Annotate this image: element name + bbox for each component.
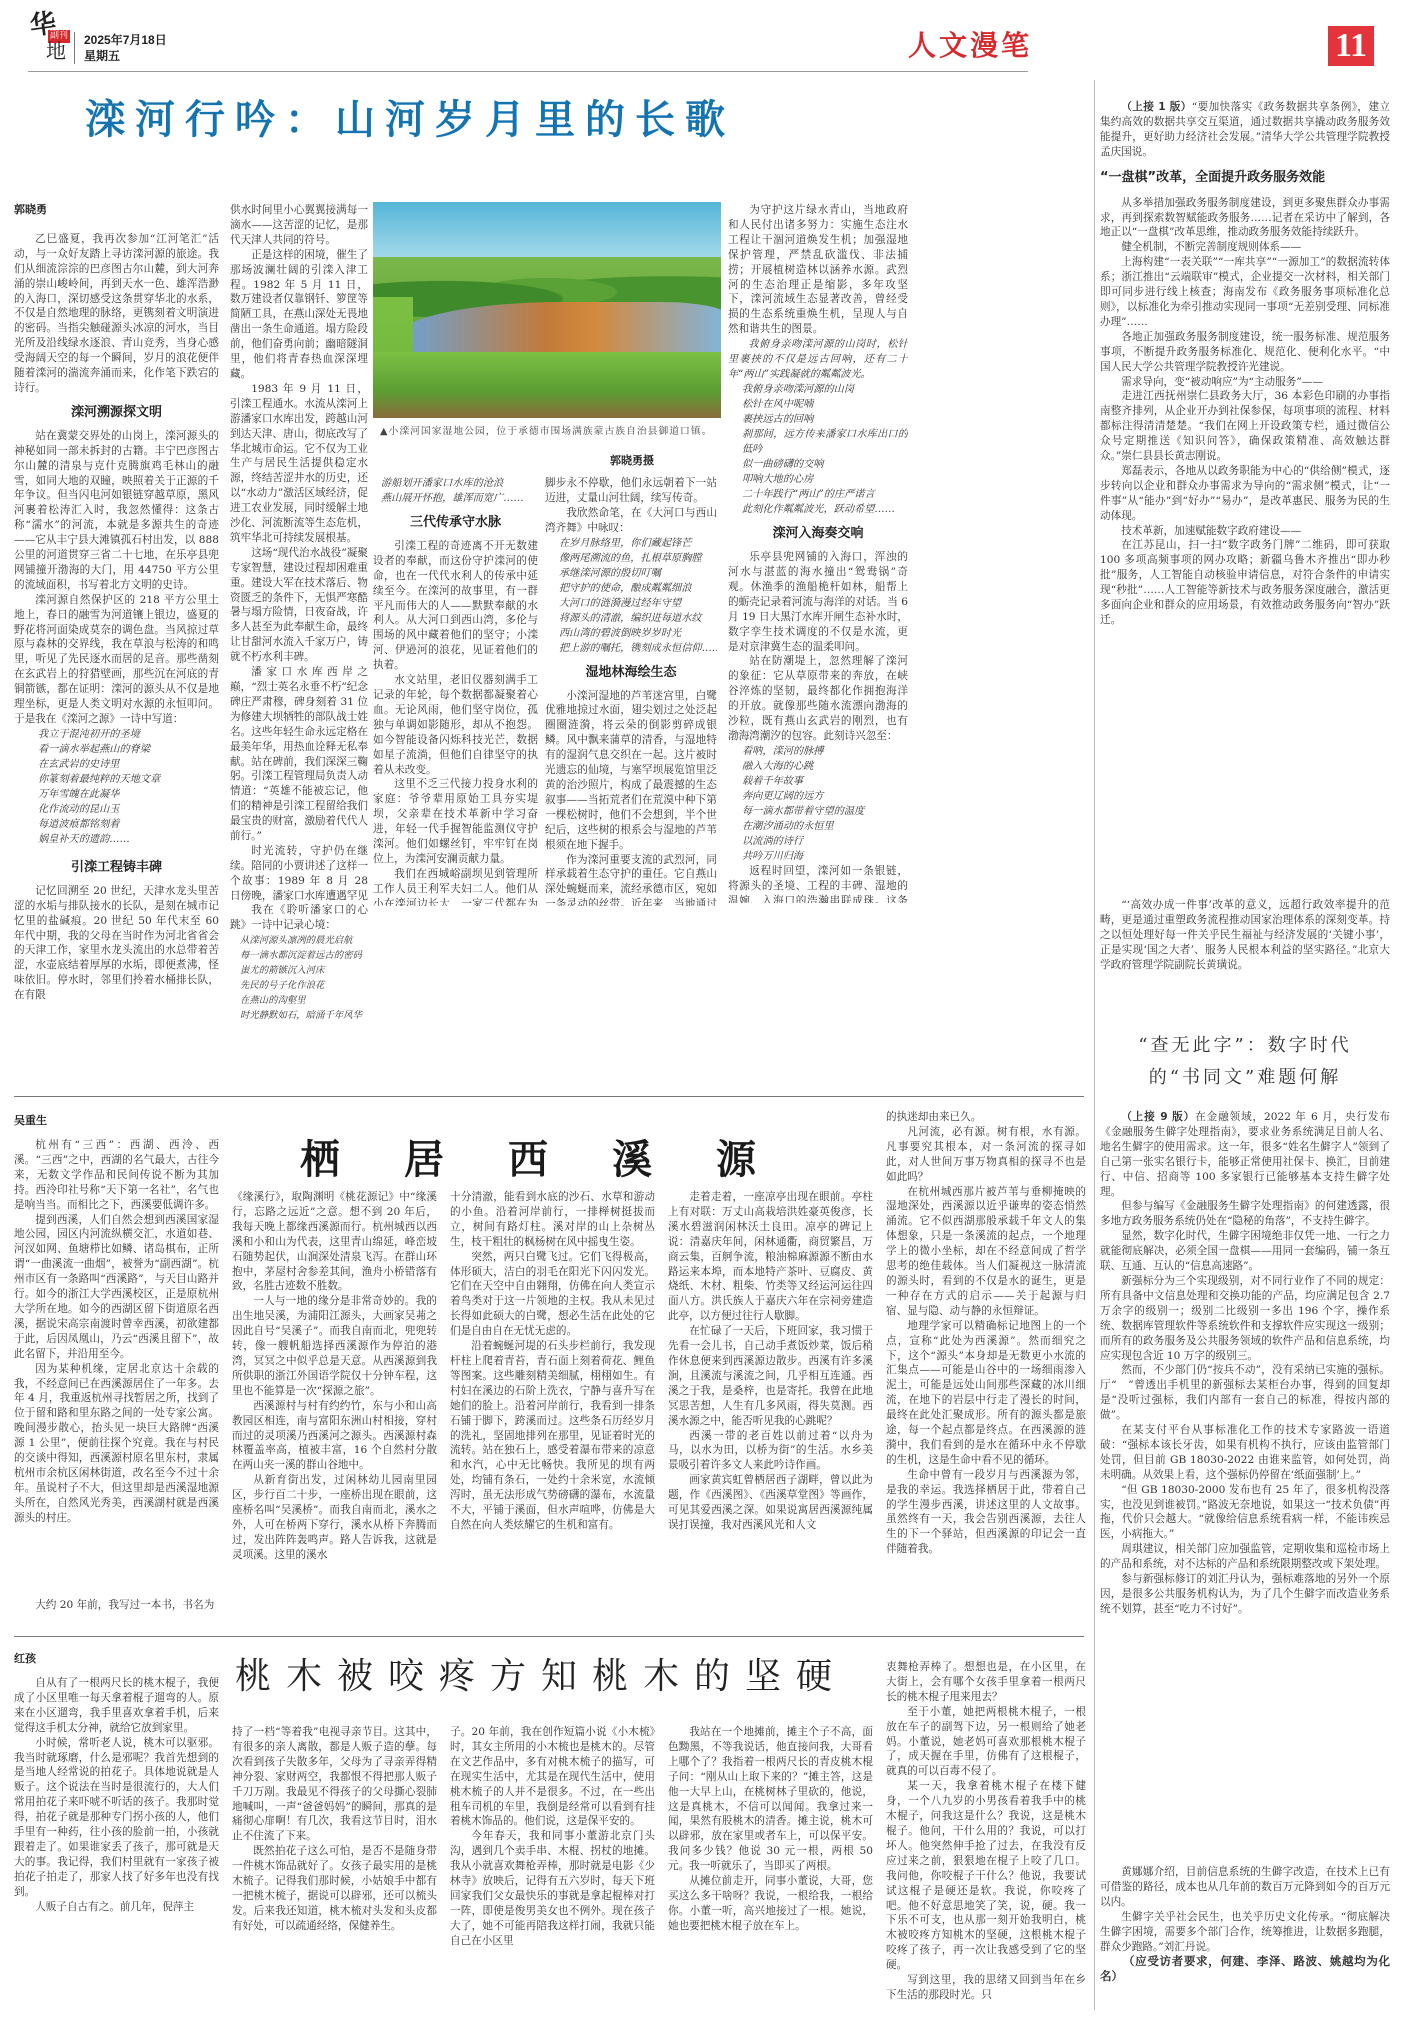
article2-paragraph: 沿着蜿蜒河堤的石头步栏前行，我发现杆柱上爬着青苔，青石面上刻着荷花、鲤鱼等图案。… (450, 1339, 655, 1533)
article1-poem-6: 看呐，滦河的脉搏 融入大海的心跳 载着千年故事 奔向更辽阔的远方 每一滴水都带着… (728, 744, 908, 864)
poem-line: 叩响大地的心房 (742, 472, 908, 487)
article3-paragraph: 至于小董，她把两根桃木棍子，一根放在车子的副驾下边，另一根则给了她老妈。小董说，… (886, 1705, 1086, 1780)
article1-paragraph: 为守护这片绿水青山，当地政府和人民付出诸多努力：实施生态注水工程让干涸河道焕发生… (728, 203, 908, 337)
right-column-article-a: （上接 1 版）“要加快落实《政务数据共享条例》，建立集约高效的数据共享交互渠道… (1100, 100, 1390, 890)
article3-column-2: 持了一档“等着我”电视寻亲节目。这其中，有很多的亲人离散，都是人贩子造的孽。每次… (232, 1725, 437, 2021)
right-paragraph: 然而，不少部门仍“按兵不动”，没有采纳已实施的强标。厅“ ”曾透出手机里的新强标… (1100, 1363, 1390, 1423)
section-divider (14, 1096, 1084, 1097)
article3-paragraph: 我站在一个地摊前，摊主个子不高，面色黝黑，不等我说话，他直接问我，大哥看上哪个了… (668, 1725, 873, 1874)
article1-paragraph: 正是这样的困境，催生了那场波澜壮阔的引滦入津工程。1982 年 5 月 11 日… (230, 248, 368, 382)
article2-paragraph: 《缘溪行》，取陶渊明《桃花源记》中“缘溪行，忘路之远近”之意。想不到 20 年后… (232, 1190, 437, 1294)
article1-paragraph: 这里不乏三代接力投身水利的家庭：爷爷辈用原始工具夯实堤坝，父亲辈在技术革新中学习… (373, 777, 538, 866)
right-paragraph: “但 GB 18030-2000 发布也有 25 年了，很多机构没落实，也没见到… (1100, 1483, 1390, 1543)
article1-paragraph: 作为滦河重要支流的武烈河，同样承载着生态守护的重任。它自燕山深处蜿蜒而来，流经承… (545, 853, 717, 907)
right-column-article-b-tail: 黄娜娜介绍，目前信息系统的生僻字改造，在技术上已有可借鉴的路径，成本也从几年前的… (1100, 1865, 1390, 1984)
article2-paragraph: 西溪源村与村有约约竹，东与小和山高教园区相连，南与富阳东洲山村相接，穿村而过的灵… (232, 1399, 437, 1474)
article2-column-2: 《缘溪行》，取陶渊明《桃花源记》中“缘溪行，忘路之远近”之意。想不到 20 年后… (232, 1190, 437, 1613)
article2-column-1-tail: 大约 20 年前，我写过一本书，书名为 (14, 1598, 219, 1613)
right-paragraph: 周琪建议，相关部门应加强监管，定期收集和巡检市场上的产品和系统，对不达标的产品和… (1100, 1542, 1390, 1572)
right-paragraph: 技术革新，加速赋能数字政府建设—— (1100, 524, 1390, 539)
poem-line: 从滦河源头凛冽的晨光启航 (240, 933, 368, 948)
right-paragraph: 在金融领域，2022 年 6 月，央行发布《金融服务生僻字处理指南》，要求业务系… (1100, 1111, 1390, 1198)
article2-paragraph: 画家黄宾虹曾栖居西子湖畔，曾以此为题，作《西溪图》、《西溪草堂图》等画作，可见其… (668, 1473, 873, 1533)
article1-paragraph: 我欣然命笔，在《大河口与西山湾齐舞》中咏叹： (545, 506, 717, 536)
poem-line: 奔向更辽阔的远方 (742, 789, 908, 804)
article2-paragraph: 的执迷却由来已久。 (886, 1110, 1086, 1125)
poem-line: 西山湾的碧波倒映岁岁时光 (559, 626, 717, 641)
article3-paragraph: 自从有了一根两尺长的桃木棍子，我便成了小区里唯一每天拿着棍子遛弯的人。原来在小区… (14, 1676, 219, 1736)
poem-line: 我立于混沌初开的圣境 (38, 727, 219, 742)
article1-subhead-4: 湿地林海绘生态 (545, 666, 717, 681)
article2-paragraph: 因为某种机缘，定居北京达十余载的我，不经意间已在西溪源居住了一年多。去年 4 月… (14, 1362, 219, 1526)
article2-paragraph: 凡河流，必有源。树有根，水有源。凡事要究其根本，对一条河流的探寻如此，对人世间万… (886, 1125, 1086, 1185)
article3-paragraph: 既然拍花子这么可怕，是否不是随身带一件桃木饰品就好了。女孩子最实用的是桃木梳子。… (232, 1844, 437, 1933)
article1-paragraph: 水文站里，老旧仪器刻满手工记录的年轮，每个数据都凝聚着心血。无论风雨，他们坚守岗… (373, 673, 538, 777)
continued-label: （上接 1 版） (1121, 101, 1192, 113)
article3-paragraph: 小时候，常听老人说，桃木可以驱邪。我当时就琢磨，什么是邪呢？我首先想到的是当地人… (14, 1736, 219, 1900)
article1-column-2: 供水时间里小心翼翼接满每一滴水——这苦涩的记忆，是那代天津人共同的符号。 正是这… (230, 203, 368, 903)
section-name: 人文漫笔 (908, 24, 1032, 64)
article1-poem-2: 从滦河源头凛冽的晨光启航 每一滴水都沉淀着远古的密码 蚩尤的箭镞沉入河床 先民的… (230, 933, 368, 1023)
article2-paragraph: 从新育街出发，过闲林幼儿园南里园区，步行百二十步，一座桥出现在眼前，这座桥名叫“… (232, 1473, 437, 1562)
right-paragraph: 显然，数字化时代，生僻字困境绝非仅凭一地、一行之力就能彻底解决，必须全国一盘棋—… (1100, 1229, 1390, 1274)
article3-paragraph: 某一天，我拿着桃木棍子在楼下健身，一个八九岁的小男孩看着我手中的桃木棍子，问我这… (886, 1779, 1086, 1973)
article1-paragraph: 小滦河湿地的芦苇迷宫里，白鹭优雅地掠过水面，翅尖划过之处泛起圈圈涟漪，将云朵的倒… (545, 689, 717, 853)
right-article-b-title-line-2: 的“书同文”难题何解 (1100, 1062, 1390, 1094)
poem-line: 游船划开潘家口水库的沧浪 (381, 476, 538, 491)
section-divider (14, 1636, 1084, 1637)
article1-paragraph: 滦河源自然保护区的 218 平方公里土地上，春日的融雪为河道镶上银边，盛夏的野花… (14, 593, 219, 727)
poem-line: 以流淌的诗行 (742, 834, 908, 849)
article2-paragraph: 突然，两只白鹭飞过。它们飞得极高，体形硕大，洁白的羽毛在阳光下闪闪发光。它们在天… (450, 1250, 655, 1339)
article1-paragraph: 时光流转，守护仍在继续。陪同的小贾讲述了这样一个故事：1989 年 8 月 28… (230, 844, 368, 903)
article1-intro: 乙巳盛夏，我再次参加“江河笔汇”活动，与一众好友踏上寻访滦河源的旅途。我们从细流… (14, 232, 219, 396)
poem-line: 裹挟远古的回响 (742, 412, 908, 427)
article1-paragraph: 乐亭县兜网铺的入海口，浑浊的河水与湛蓝的海水撞出“鸳鸯锅”奇观。休渔季的渔船桅杆… (728, 550, 908, 654)
article2-paragraph: 生命中曾有一段岁月与西溪源为邻，是我的幸运。我选择栖居于此，带着自己的学生漫步西… (886, 1468, 1086, 1557)
poem-line: 蚩尤的箭镞沉入河床 (240, 963, 368, 978)
photo-credit: 郭晓勇摄 (610, 452, 654, 468)
poem-line: 似一曲磅礴的交响 (742, 457, 908, 472)
article1-paragraph: 1983 年 9 月 11 日，引滦工程通水。水流从滦河上游潘家口水库出发，跨越… (230, 382, 368, 546)
article1-poem-1: 我立于混沌初开的圣境 看一滴水举起燕山的脊梁 在玄武岩的史诗里 你篆刻着最纯粹的… (14, 727, 219, 847)
page-number: 11 (1328, 26, 1374, 66)
article1-author: 郭晓勇 (14, 203, 219, 218)
article1-subhead-2: 引滦工程铸丰碑 (14, 861, 219, 876)
right-paragraph: 从多举措加强政务服务制度建设，到更多聚焦群众办事需求，再到探索数智赋能政务服务…… (1100, 196, 1390, 241)
article3-paragraph: 从摊位前走开，同事小董说，大哥，您买这么多干啥呀？我说，一根给我，一根给你。小董… (668, 1874, 873, 1934)
poem-line: 在岁月脉络里，你们藏起锋芒 (559, 536, 717, 551)
article1-paragraph: 这场“现代治水战役”凝聚专家智慧，建设过程却困难重重。建设大军在技术落后、物资匮… (230, 546, 368, 665)
issue-date-block: 2025年7月18日 星期五 (84, 32, 167, 64)
article1-column-3: 游船划开潘家口水库的沧浪 燕山展开怀抱，雄浑而宽广…… 三代传承守水脉 引滦工程… (373, 476, 538, 906)
article1-paragraph: 返程时回望，滦河如一条银链，将源头的圣境、工程的丰碑、湿地的温婉、入海口的浩瀚串… (728, 864, 908, 903)
article1-paragraph: 我们在西城峪副坝见到管理所工作人员王利军夫妇二人。他们从小在滦河边长大，一家三代… (373, 867, 538, 906)
article1-title: 滦河行吟：山河岁月里的长歌 (85, 88, 735, 145)
poem-line: 在玄武岩的史诗里 (38, 757, 219, 772)
poem-line: 在燕山的沟壑里 (240, 993, 368, 1008)
masthead-rule (28, 71, 1028, 72)
poem-line: 二十年践行“两山”的庄严诺言 (742, 487, 908, 502)
poem-line: 每道波痕都铭刻着 (38, 817, 219, 832)
continued-label: （上接 9 版） (1121, 1111, 1195, 1123)
issue-date: 2025年7月18日 (84, 32, 167, 48)
article3-paragraph: 子。20 年前，我在创作短篇小说《小木梳》时，其女主所用的小木梳也是桃木的。尽管… (450, 1725, 655, 1829)
article3-author: 红孩 (14, 1650, 36, 1666)
article3-column-3: 子。20 年前，我在创作短篇小说《小木梳》时，其女主所用的小木梳也是桃木的。尽管… (450, 1725, 655, 2021)
right-paragraph: 走进江西抚州崇仁县政务大厅，36 本彩色印刷的办事指南整齐排列，从企业开办到社保… (1100, 389, 1390, 464)
poem-line: 燕山展开怀抱，雄浑而宽广…… (381, 491, 538, 506)
wetland-photo (373, 202, 721, 418)
right-paragraph: 参与新强标修订的刘汇丹认为，强标难落地的另外一个原因，是很多公共服务机构认为，为… (1100, 1572, 1390, 1617)
poem-line: 把上游的嘱托，镌刻成永恒信仰…… (559, 641, 717, 656)
photo-caption: ▲小滦河国家湿地公园，位于承德市围场满族蒙古族自治县御道口镇。 (380, 425, 720, 439)
poem-line: 每一滴水都带着守望的温度 (742, 804, 908, 819)
poem-line: 你篆刻着最纯粹的天地文章 (38, 772, 219, 787)
article1-paragraph: 记忆回溯至 20 世纪，天津水龙头里苦涩的水垢与排队接水的长队，是刻在城市记忆里… (14, 884, 219, 1003)
right-paragraph: “‘高效办成一件事’改革的意义，远超行政效率提升的范畴，更是通过重塑政务流程推动… (1100, 898, 1390, 973)
article2-paragraph: 杭州有“三西”：西湖、西泠、西溪。“三西”之中，西湖的名气最大，古往今来，无数文… (14, 1138, 219, 1213)
article2-column-4: 走着走着，一座凉亭出现在眼前。亭柱上有对联：万丈山高栽培洪姓豪英俊彦，长溪水碧滋… (668, 1190, 873, 1613)
poem-line: 化作流动的昆山玉 (38, 802, 219, 817)
right-paragraph: 但参与编写《金融服务生僻字处理指南》的何建透露，很多地方政务服务系统仍处在“隐秘… (1100, 1199, 1390, 1229)
right-footnote: （应受访者要求，何建、李泽、路波、姚越均为化名） (1100, 1954, 1390, 1984)
article1-poem-4: 在岁月脉络里，你们藏起锋芒 像两尾溯流的鱼，扎根草原胸膛 承继滦河源的殷切叮嘱 … (545, 536, 717, 656)
masthead-divider (74, 32, 75, 64)
right-paragraph: 健全机制，不断完善制度规则体系—— (1100, 240, 1390, 255)
right-article-b-title-line-1: “查无此字”：数字时代 (1100, 1030, 1390, 1062)
article1-poem-3: 游船划开潘家口水库的沧浪 燕山展开怀抱，雄浑而宽广…… (373, 476, 538, 506)
article3-column-1: 自从有了一根两尺长的桃木棍子，我便成了小区里唯一每天拿着棍子遛弯的人。原来在小区… (14, 1676, 219, 2021)
article2-paragraph: 一人与一地的缘分是非常奇妙的。我的出生地吴溪，为浦阳江源头，大画家吴茀之因此自号… (232, 1294, 437, 1398)
article2-paragraph: 在忙碌了一天后，下班回家，我习惯于先看一会儿书，自己动手煮饭炒菜，饭后稍作休息便… (668, 1324, 873, 1428)
article3-paragraph: 持了一档“等着我”电视寻亲节目。这其中，有很多的亲人离散，都是人贩子造的孽。每次… (232, 1725, 437, 1844)
right-paragraph: 郑磊表示，各地从以政务职能为中心的“供给侧”模式，逐步转向以企业和群众办事需求为… (1100, 464, 1390, 524)
right-paragraph: 各地正加强政务服务制度建设，统一服务标准、规范服务事项，不断提升政务服务标准化、… (1100, 330, 1390, 375)
poem-line: 载着千年故事 (742, 774, 908, 789)
article2-paragraph: 提到西溪，人们自然会想到西溪国家湿地公园，园区内河流纵横交汇，水道如巷、河汊如网… (14, 1213, 219, 1362)
poem-line: 将源头的清澈，编织进每道水纹 (559, 611, 717, 626)
right-paragraph: 在某支付平台从事标准化工作的技术专家路波一语道破：“强标本该长牙齿，如果有机构不… (1100, 1423, 1390, 1483)
right-article-b-title: “查无此字”：数字时代 的“书同文”难题何解 (1100, 1030, 1390, 1094)
article2-paragraph: 地理学家可以精确标记地图上的一个点，宣称“此处为西溪源”。然而细究之下，这个“源… (886, 1319, 1086, 1468)
poem-line: 把守护的使命，酿成粼粼细浪 (559, 581, 717, 596)
right-paragraph: 在江苏昆山，扫一扫“数字政务门牌”二维码，即可获取 100 多项高频事项的网办攻… (1100, 538, 1390, 627)
article3-paragraph: 写到这里，我的思绪又回到当年在乡下生活的那段时光。只 (886, 1973, 1086, 2003)
poem-line: 万年雪魄在此凝华 (38, 787, 219, 802)
article2-paragraph: 在杭州城西那片被芦苇与垂柳掩映的湿地深处，西溪源以近乎谦卑的姿态悄然涌流。它不似… (886, 1185, 1086, 1319)
right-article-a-heading: “一盘棋”改革，全面提升政务服务效能 (1100, 166, 1390, 190)
article1-column-2-tail: 我在《聆听潘家口的心跳》一诗中记录心境： 从滦河源头凛冽的晨光启航 每一滴水都沉… (230, 903, 368, 1023)
poem-line: 每一滴水都沉淀着远古的密码 (240, 948, 368, 963)
issue-weekday: 星期五 (84, 48, 167, 64)
right-paragraph: 黄娜娜介绍，目前信息系统的生僻字改造，在技术上已有可借鉴的路径，成本也从几年前的… (1100, 1865, 1390, 1910)
column-divider (1094, 80, 1095, 2010)
poem-line: 松针在风中呢喃 (742, 397, 908, 412)
article2-column-5: 的执迷却由来已久。 凡河流，必有源。树有根，水有源。凡事要究其根本，对一条河流的… (886, 1110, 1086, 1630)
article1-column-4: 脚步永不停歇，他们永远朝着下一站迈进，丈量山河壮阔，续写传奇。 我欣然命笔，在《… (545, 476, 717, 906)
article1-paragraph: 引滦工程的奇迹离不开无数建设者的奉献，而这份守护滦河的使命，也在一代代水利人的传… (373, 539, 538, 673)
article1-paragraph: 供水时间里小心翼翼接满每一滴水——这苦涩的记忆，是那代天津人共同的符号。 (230, 203, 368, 248)
article2-column-1: 杭州有“三西”：西湖、西泠、西溪。“三西”之中，西湖的名气最大，古往今来，无数文… (14, 1138, 219, 1598)
logo-char-2: 地 (46, 40, 66, 62)
article3-title: 桃木被咬疼方知桃木的坚硬 (235, 1648, 847, 1699)
article2-title: 栖居西溪源 (300, 1128, 820, 1185)
article2-paragraph: 西溪一带的老百姓以前过着“以舟为马，以水为田，以桥为街”的生活。水乡美景吸引着许… (668, 1429, 873, 1474)
article1-paragraph: 站在防潮堤上，忽然理解了滦河的象征：它从草原带来的奔放，在峡谷淬炼的坚韧，最终都… (728, 654, 908, 743)
article2-column-3: 十分清澈，能看到水底的沙石、水草和游动的小鱼。沿着河岸前行，一排榉树挺拔而立，树… (450, 1190, 655, 1613)
article2-author: 吴重生 (14, 1112, 47, 1128)
article1-subhead-3: 三代传承守水脉 (373, 516, 538, 531)
poem-line: 刹那间，远方传来潘家口水库出口的低吟 (742, 427, 908, 457)
article3-paragraph: 人贩子自古有之。前几年，倪萍主 (14, 1900, 219, 1915)
poem-line: 大河口的涟漪漫过经年守望 (559, 596, 717, 611)
article1-subhead-1: 滦河溯源探文明 (14, 406, 219, 421)
article3-column-5: 衷舞枪弄棒了。想想也是，在小区里，在大街上，会有哪个女孩手里拿着一根两尺长的桃木… (886, 1660, 1086, 2020)
article1-paragraph: 脚步永不停歇，他们永远朝着下一站迈进，丈量山河壮阔，续写传奇。 (545, 476, 717, 506)
poem-line: 先民的号子化作浪花 (240, 978, 368, 993)
right-column-article-a-tail: “‘高效办成一件事’改革的意义，远超行政效率提升的范畴，更是通过重塑政务流程推动… (1100, 898, 1390, 973)
article2-paragraph: 大约 20 年前，我写过一本书，书名为 (14, 1598, 219, 1613)
poem-line: 像两尾溯流的鱼，扎根草原胸膛 (559, 551, 717, 566)
right-paragraph: 需求导向，变“被动响应”为“主动服务”—— (1100, 375, 1390, 390)
poem-line: 承继滦河源的殷切叮嘱 (559, 566, 717, 581)
poem-line: 看一滴水举起燕山的脊梁 (38, 742, 219, 757)
right-paragraph: 新强标分为三个实现级别，对不同行业作了不同的规定：所有具备中文信息处理和交换功能… (1100, 1274, 1390, 1363)
article1-paragraph: 我在《聆听潘家口的心跳》一诗中记录心境： (230, 903, 368, 933)
poem-line: 融入大海的心跳 (742, 759, 908, 774)
article1-paragraph: 站在冀蒙交界处的山岗上，滦河源头的神秘如同一部未拆封的古籍。丰宁巴彦图古尔山麓的… (14, 429, 219, 593)
poem-line: 在潮汐涌动的永恒里 (742, 819, 908, 834)
right-column-article-b: （上接 9 版）在金融领域，2022 年 6 月，央行发布《金融服务生僻字处理指… (1100, 1110, 1390, 1870)
article1-column-5: 为守护这片绿水青山，当地政府和人民付出诸多努力：实施生态注水工程让干涸河道焕发生… (728, 203, 908, 903)
article3-paragraph: 衷舞枪弄棒了。想想也是，在小区里，在大街上，会有哪个女孩手里拿着一根两尺长的桃木… (886, 1660, 1086, 1705)
article3-paragraph: 今年春天，我和同事小董游北京门头沟，遇到几个卖手串、木棍、拐杖的地摊。我从小就喜… (450, 1829, 655, 1948)
article1-column-1: 郭晓勇 乙巳盛夏，我再次参加“江河笔汇”活动，与一众好友踏上寻访滦河源的旅途。我… (14, 203, 219, 1003)
photo-grass (373, 352, 721, 418)
poem-line: 娲皇补天的遗韵…… (38, 832, 219, 847)
article3-column-4: 我站在一个地摊前，摊主个子不高，面色黝黑，不等我说话，他直接问我，大哥看上哪个了… (668, 1725, 873, 2021)
right-paragraph: 生僻字关乎社会民生，也关乎历史文化传承。“彻底解决生僻字困境，需要多个部门合作，… (1100, 1910, 1390, 1955)
poem-line: 看呐，滦河的脉搏 (742, 744, 908, 759)
poem-line: 共吟万川归海 (742, 849, 908, 864)
poem-line: 此刻化作粼粼波光，跃动希望…… (742, 502, 908, 517)
article1-paragraph: 潘家口水库西岸之巅，“烈士英名永垂不朽”纪念碑庄严肃穆，碑身刻着 31 位为修建… (230, 665, 368, 844)
right-paragraph: 上海构建“一表关联”“一库共享”“一源加工”的数据流转体系；浙江推出“云端联审”… (1100, 255, 1390, 330)
article1-poem-5: 我俯身亲吻滦河源的山岗 松针在风中呢喃 裹挟远古的回响 刹那间，远方传来潘家口水… (728, 382, 908, 517)
article1-paragraph-italic: 我俯身亲吻滦河源的山岗时，松针里裹挟的不仅是远古回响，还有二十年“两山”实践凝就… (728, 337, 908, 382)
article1-subhead-5: 滦河入海奏交响 (728, 527, 908, 542)
masthead: 华 副刊 地 2025年7月18日 星期五 人文漫笔 11 (28, 10, 1373, 72)
article2-paragraph: 十分清澈，能看到水底的沙石、水草和游动的小鱼。沿着河岸前行，一排榉树挺拔而立，树… (450, 1190, 655, 1250)
poem-line: 我俯身亲吻滦河源的山岗 (742, 382, 908, 397)
poem-line: 时光静默如石，暗涌千年风华 (240, 1008, 368, 1023)
article2-paragraph: 走着走着，一座凉亭出现在眼前。亭柱上有对联：万丈山高栽培洪姓豪英俊彦，长溪水碧滋… (668, 1190, 873, 1324)
